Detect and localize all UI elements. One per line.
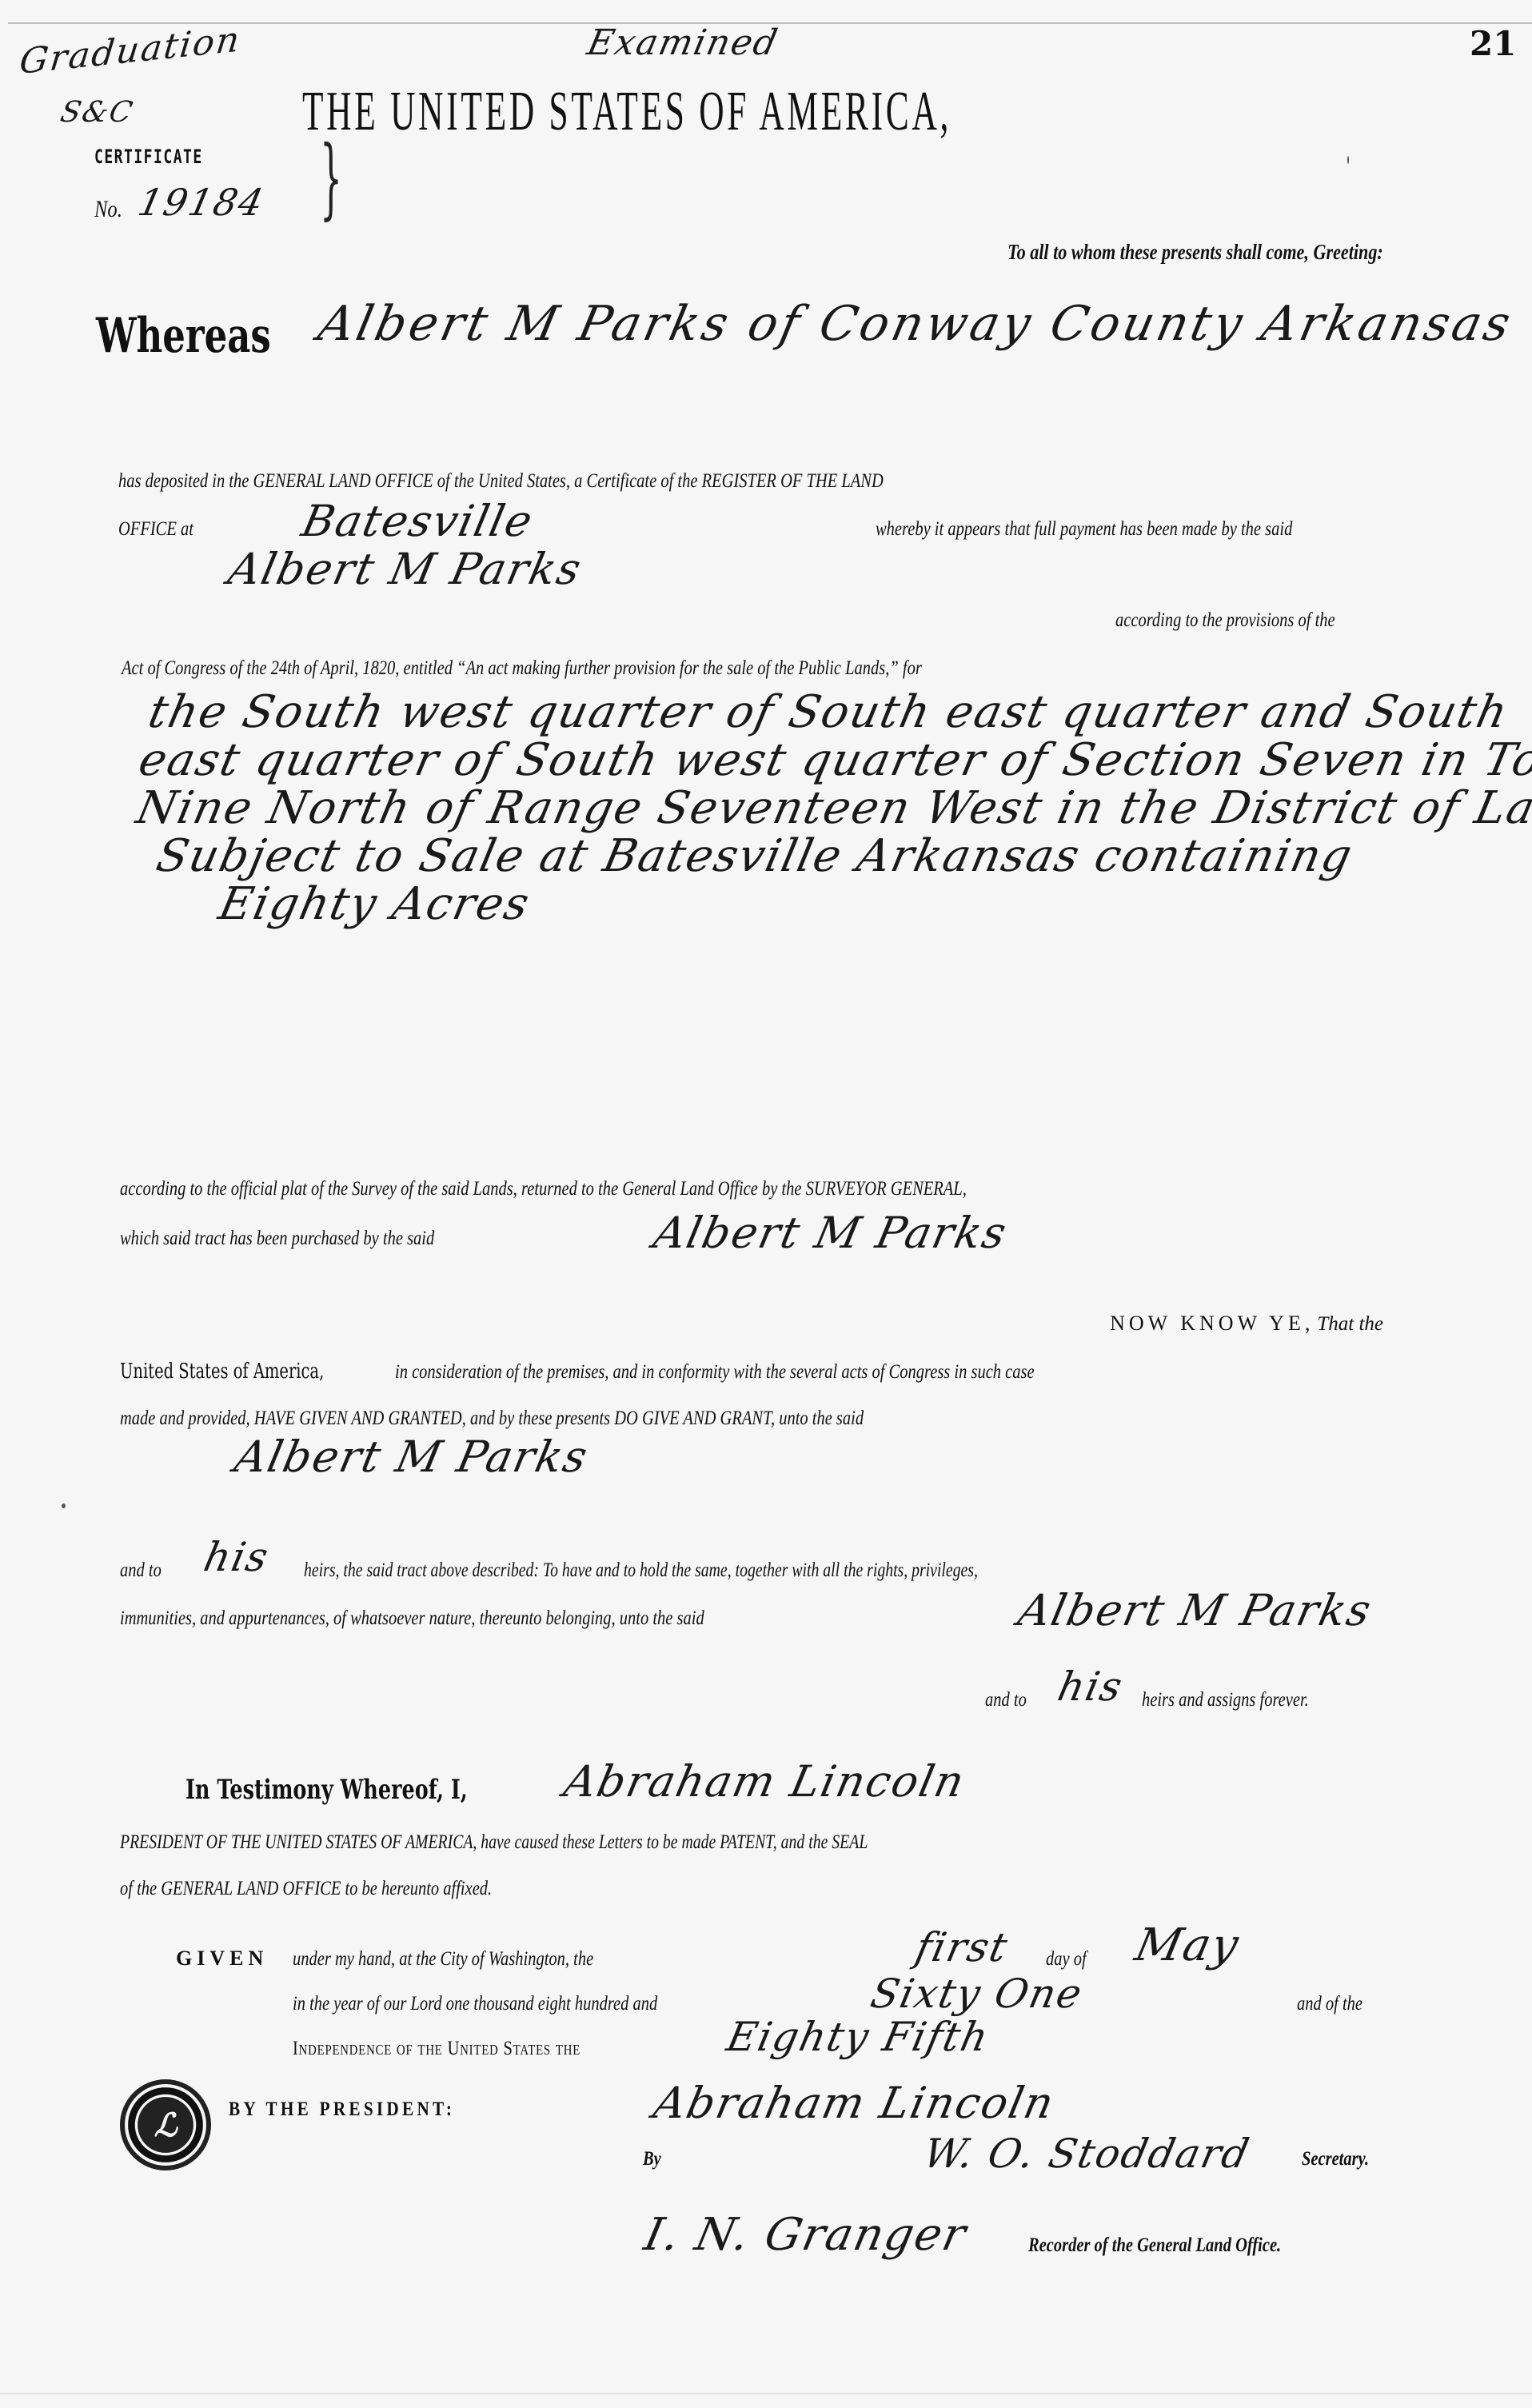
by-the-president-label: BY THE PRESIDENT: xyxy=(229,2099,455,2121)
survey-line-1: according to the official plat of the Su… xyxy=(120,1178,967,1200)
deposit-line-2-tail: whereby it appears that full payment has… xyxy=(876,518,1292,541)
certificate-number: 19184 xyxy=(134,181,269,224)
certificate-number-prefix: No. xyxy=(94,196,122,223)
given-line-2: in the year of our Lord one thousand eig… xyxy=(293,1993,657,2015)
president-signature: Abraham Lincoln xyxy=(649,2078,1059,2128)
given-line-1: under my hand, at the City of Washington… xyxy=(293,1948,593,1971)
land-patent-page: 21 Graduation S&C Examined THE UNITED ST… xyxy=(0,0,1532,2408)
scan-bottom-edge xyxy=(0,2393,1532,2394)
provisions-text: according to the provisions of the xyxy=(1115,609,1335,632)
forever-tail: heirs and assigns forever. xyxy=(1142,1689,1309,1711)
seal-monogram: ℒ xyxy=(128,2087,203,2162)
whereas-label: Whereas xyxy=(96,308,271,364)
office-label: OFFICE at xyxy=(118,518,193,541)
united-states-gothic: United States of America, xyxy=(120,1360,324,1384)
land-description-line-4: Subject to Sale at Batesville Arkansas c… xyxy=(152,830,1358,882)
act-of-congress-text: Act of Congress of the 24th of April, 18… xyxy=(122,657,922,680)
gla-seal-monogram-icon: ℒ xyxy=(128,2087,203,2162)
margin-note-sc: S&C xyxy=(58,96,137,129)
given-line-2-tail: and of the xyxy=(1297,1993,1362,2015)
recorder-title: Recorder of the General Land Office. xyxy=(1028,2234,1281,2257)
purchaser-name: Albert M Parks xyxy=(649,1208,1012,1258)
page-number: 21 xyxy=(1470,24,1516,63)
land-description-line-2: east quarter of South west quarter of Se… xyxy=(134,734,1532,786)
margin-note-graduation: Graduation xyxy=(18,19,243,82)
testimony-line-1: PRESIDENT OF THE UNITED STATES OF AMERIC… xyxy=(120,1831,868,1854)
certificate-label: CERTIFICATE xyxy=(94,146,203,168)
whereas-grantee: Albert M Parks of Conway County Arkansas xyxy=(313,296,1518,352)
grant-line-2: made and provided, HAVE GIVEN AND GRANTE… xyxy=(120,1408,864,1430)
office-location: Batesville xyxy=(297,496,538,546)
land-description-line-3: Nine North of Range Seventeen West in th… xyxy=(132,782,1532,834)
greeting: To all to whom these presents shall come… xyxy=(1007,240,1383,265)
now-know-ye-tail: That the xyxy=(1317,1313,1383,1335)
given-independence-year: Eighty Fifth xyxy=(723,2014,994,2060)
secretary-signature: W. O. Stoddard xyxy=(920,2130,1255,2177)
recorder-signature: I. N. Granger xyxy=(640,2209,971,2261)
heirs-line: heirs, the said tract above described: T… xyxy=(304,1559,978,1582)
grant-grantee-name: Albert M Parks xyxy=(230,1432,593,1482)
forever-lead: and to xyxy=(985,1689,1027,1711)
now-know-ye-line: NOW KNOW YE, That the xyxy=(1110,1312,1383,1336)
testimony-president-name: Abraham Lincoln xyxy=(560,1756,970,1807)
grant-line-1-text: in consideration of the premises, and in… xyxy=(395,1361,1035,1384)
forever-pronoun: his xyxy=(1054,1663,1127,1710)
given-day-of: day of xyxy=(1046,1948,1087,1971)
land-description-line-5: Eighty Acres xyxy=(214,878,535,930)
examined-note: Examined xyxy=(584,22,782,63)
deposit-line-1: has deposited in the GENERAL LAND OFFICE… xyxy=(118,470,884,493)
now-know-ye: NOW KNOW YE, xyxy=(1110,1312,1314,1335)
payer-name: Albert M Parks xyxy=(224,544,587,594)
given-line-3: Independence of the United States the xyxy=(293,2038,580,2060)
secretary-title: Secretary. xyxy=(1302,2148,1369,2170)
given-label: GIVEN xyxy=(176,1947,268,1971)
land-description-line-1: the South west quarter of South east qua… xyxy=(144,686,1514,738)
scan-speck xyxy=(62,1504,66,1508)
grant-line-1: United States of America, in considerati… xyxy=(120,1360,1175,1384)
scan-speck xyxy=(1347,156,1349,164)
testimony-label: In Testimony Whereof, I, xyxy=(186,1774,468,1806)
given-day: first xyxy=(912,1924,1012,1971)
document-title: THE UNITED STATES OF AMERICA, xyxy=(302,80,952,144)
grant-grantee-name-2: Albert M Parks xyxy=(1014,1585,1377,1635)
certificate-brace: } xyxy=(320,126,342,229)
by-label: By xyxy=(643,2148,661,2170)
heirs-pronoun: his xyxy=(200,1534,273,1580)
heirs-lead: and to xyxy=(120,1559,162,1582)
immunities-line: immunities, and appurtenances, of whatso… xyxy=(120,1607,704,1630)
given-year-words: Sixty One xyxy=(867,1971,1087,2017)
given-month: May xyxy=(1131,1919,1244,1971)
survey-line-2: which said tract has been purchased by t… xyxy=(120,1228,434,1250)
testimony-line-2: of the GENERAL LAND OFFICE to be hereunt… xyxy=(120,1878,492,1900)
